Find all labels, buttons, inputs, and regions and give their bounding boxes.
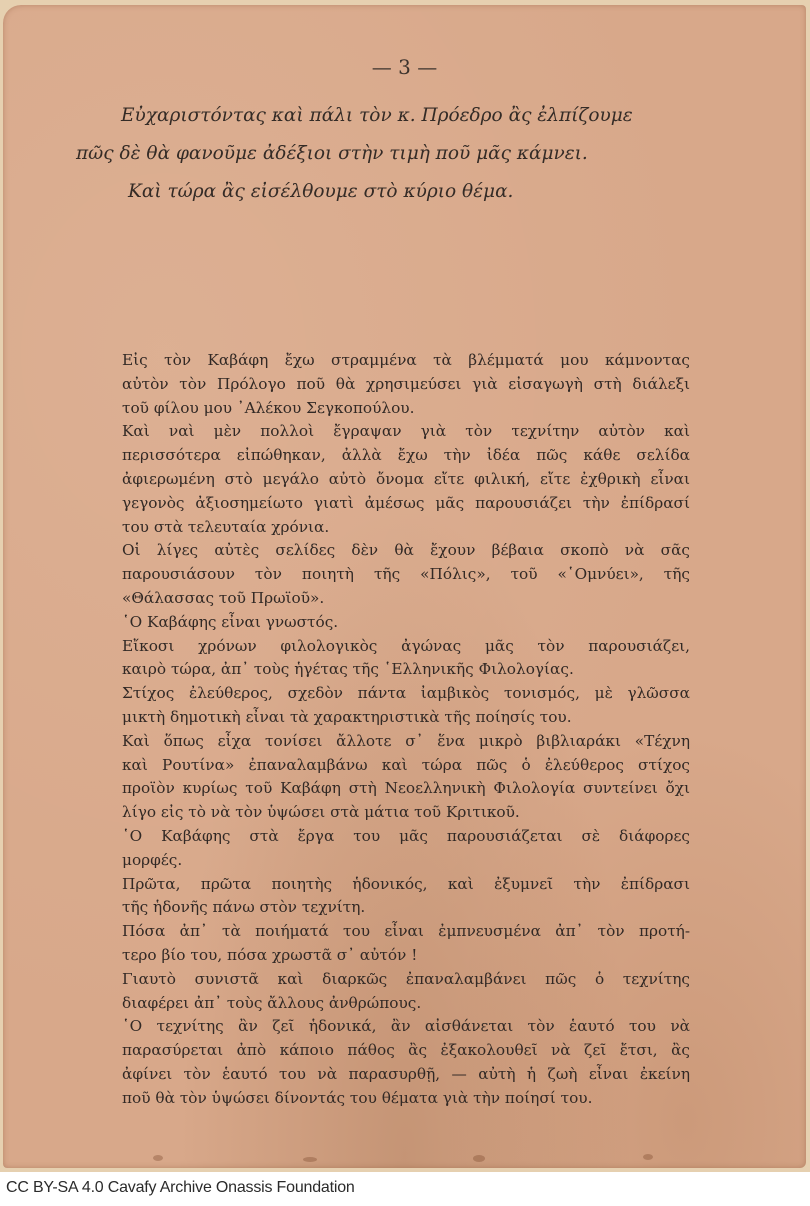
paragraph: Στίχος ἐλεύθερος, σχεδὸν πάντα ἰαμβικὸς … (82, 682, 690, 730)
text-line: ῾Ο Καβάφης στὰ ἔργα του μᾶς παρουσιάζετα… (82, 825, 690, 849)
text-line: λίγο εἰς τὸ νὰ τὸν ὑψώσει στὰ μάτια τοῦ … (82, 801, 690, 825)
paragraph: Εἰς τὸν Καβάφη ἔχω στραμμένα τὰ βλέμματά… (82, 349, 690, 420)
paper-stain (153, 1155, 163, 1161)
text-line: Καὶ ναὶ μὲν πολλοὶ ἔγραψαν γιὰ τὸν τεχνί… (82, 420, 690, 444)
text-line: Πόσα ἀπ᾽ τὰ ποιήματά του εἶναι ἐμπνευσμέ… (82, 920, 690, 944)
body-text: Εἰς τὸν Καβάφη ἔχω στραμμένα τὰ βλέμματά… (82, 349, 690, 1111)
text-line: Στίχος ἐλεύθερος, σχεδὸν πάντα ἰαμβικὸς … (82, 682, 690, 706)
text-line: παρασύρεται ἀπὸ κάποιο πάθος ἂς ἐξακολου… (82, 1039, 690, 1063)
paragraph: ῾Ο Καβάφης στὰ ἔργα του μᾶς παρουσιάζετα… (82, 825, 690, 873)
paragraph: ῾Ο Καβάφης εἶναι γνωστός. (82, 611, 690, 635)
text-line: Πρῶτα, πρῶτα ποιητὴς ἡδονικός, καὶ ἐξυμν… (82, 873, 690, 897)
text-line: ἀφίνει τὸν ἑαυτό του νὰ παρασυρθῇ, — αὐτ… (82, 1063, 690, 1087)
text-line: μορφές. (82, 849, 690, 873)
paragraph: Γιαυτὸ συνιστᾶ καὶ διαρκῶς ἐπαναλαμβάνει… (82, 968, 690, 1016)
paragraph: Πόσα ἀπ᾽ τὰ ποιήματά του εἶναι ἐμπνευσμέ… (82, 920, 690, 968)
text-line: ποῦ θὰ τὸν ὑψώσει δίνοντάς του θέματα γι… (82, 1087, 690, 1111)
text-line: του στὰ τελευταία χρόνια. (82, 516, 690, 540)
text-line: αὐτὸν τὸν Πρόλογο ποῦ θὰ χρησιμεύσει γιὰ… (82, 373, 690, 397)
license-caption: CC BY-SA 4.0 Cavafy Archive Onassis Foun… (6, 1179, 355, 1197)
paragraph: Πρῶτα, πρῶτα ποιητὴς ἡδονικός, καὶ ἐξυμν… (82, 873, 690, 921)
paragraph: Καὶ ὅπως εἶχα τονίσει ἄλλοτε σ᾽ ἕνα μικρ… (82, 730, 690, 825)
paragraph: Καὶ ναὶ μὲν πολλοὶ ἔγραψαν γιὰ τὸν τεχνί… (82, 420, 690, 539)
text-line: Γιαυτὸ συνιστᾶ καὶ διαρκῶς ἐπαναλαμβάνει… (82, 968, 690, 992)
text-line: διαφέρει ἀπ᾽ τοὺς ἄλλους ἀνθρώπους. (82, 992, 690, 1016)
text-line: καὶ Ρουτίνα» ἐπαναλαμβάνω καὶ τώρα πῶς ὁ… (82, 754, 690, 778)
text-line: τερο βίο του, πόσα χρωστᾶ σ᾽ αὐτόν ! (82, 944, 690, 968)
text-line: προϊὸν κυρίως τοῦ Καβάφη στὴ Νεοελληνικὴ… (82, 777, 690, 801)
paragraph: Εἴκοσι χρόνων φιλολογικὸς ἀγώνας μᾶς τὸν… (82, 635, 690, 683)
text-line: Εἰς τὸν Καβάφη ἔχω στραμμένα τὰ βλέμματά… (82, 349, 690, 373)
document-page: — 3 — Εὐχαριστόντας καὶ πάλι τὸν κ. Πρόε… (3, 5, 806, 1168)
text-line: γεγονὸς ἀξιοσημείωτο γιατὶ ἀμέσως μᾶς πα… (82, 492, 690, 516)
intro-line: πῶς δὲ θὰ φανοῦμε ἀδέξιοι στὴν τιμὴ ποῦ … (73, 135, 683, 173)
page-number: — 3 — (3, 55, 806, 79)
text-line: Οἱ λίγες αὐτὲς σελίδες δὲν θὰ ἔχουν βέβα… (82, 539, 690, 563)
paper-stain (473, 1155, 485, 1162)
text-line: Εἴκοσι χρόνων φιλολογικὸς ἀγώνας μᾶς τὸν… (82, 635, 690, 659)
text-line: τοῦ φίλου μου ᾿Αλέκου Σεγκοπούλου. (82, 397, 690, 421)
text-line: ῾Ο τεχνίτης ἂν ζεῖ ἡδονικά, ἂν αἰσθάνετα… (82, 1015, 690, 1039)
paper-stain (643, 1154, 653, 1160)
paragraph: Οἱ λίγες αὐτὲς σελίδες δὲν θὰ ἔχουν βέβα… (82, 539, 690, 610)
text-line: τῆς ἡδονῆς πάνω στὸν τεχνίτη. (82, 896, 690, 920)
intro-paragraph: Εὐχαριστόντας καὶ πάλι τὸν κ. Πρόεδρο ἂς… (73, 97, 683, 211)
intro-line: Καὶ τώρα ἂς εἰσέλθουμε στὸ κύριο θέμα. (73, 173, 683, 211)
text-line: παρουσιάσουν τὸν ποιητὴ τῆς «Πόλις», τοῦ… (82, 563, 690, 587)
text-line: Καὶ ὅπως εἶχα τονίσει ἄλλοτε σ᾽ ἕνα μικρ… (82, 730, 690, 754)
text-line: «Θάλασσας τοῦ Πρωϊοῦ». (82, 587, 690, 611)
intro-line: Εὐχαριστόντας καὶ πάλι τὸν κ. Πρόεδρο ἂς… (73, 97, 683, 135)
text-line: ἀφιερωμένη στὸ μεγάλο αὐτὸ ὄνομα εἴτε φι… (82, 468, 690, 492)
text-line: περισσότερα εἰπώθηκαν, ἀλλὰ ἔχω τὴν ἰδέα… (82, 444, 690, 468)
text-line: μικτὴ δημοτικὴ εἶναι τὰ χαρακτηριστικὰ τ… (82, 706, 690, 730)
paper-stain (303, 1157, 317, 1162)
paragraph: ῾Ο τεχνίτης ἂν ζεῖ ἡδονικά, ἂν αἰσθάνετα… (82, 1015, 690, 1110)
text-line: ῾Ο Καβάφης εἶναι γνωστός. (82, 611, 690, 635)
text-line: καιρὸ τώρα, ἀπ᾽ τοὺς ἡγέτας τῆς ῾Ελληνικ… (82, 658, 690, 682)
